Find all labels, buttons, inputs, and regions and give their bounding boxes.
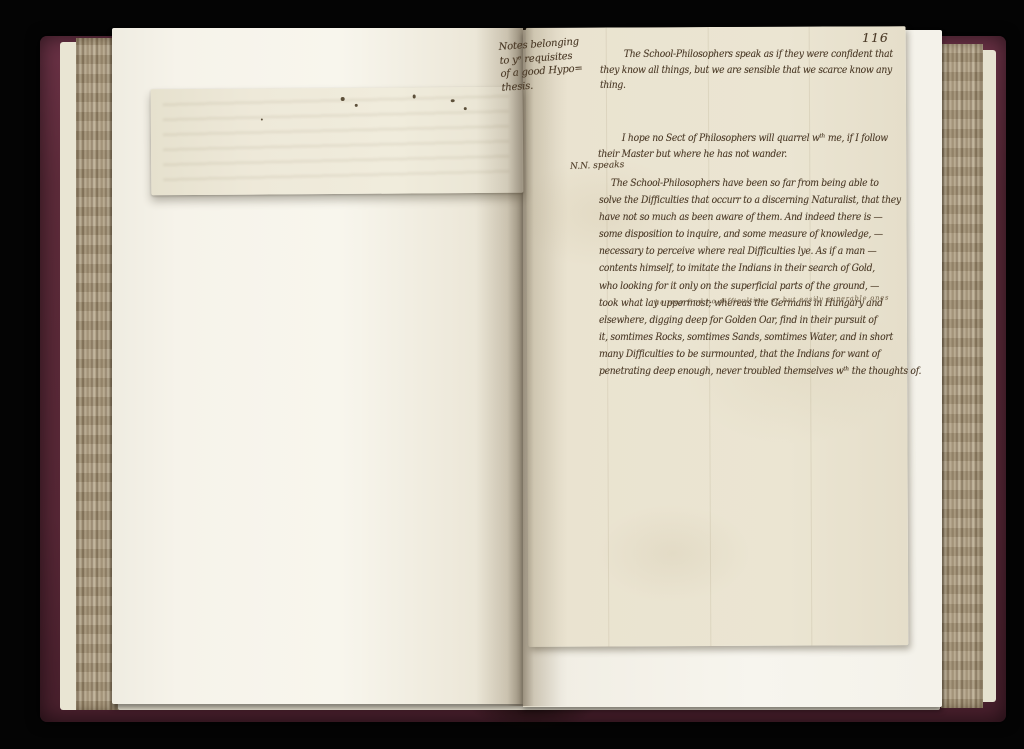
handwritten-line: penetrating deep enough, never troubled … <box>599 363 921 380</box>
book-photo: 116 Notes belongingto yᵉ requisitesof a … <box>0 0 1024 749</box>
handwritten-line: their Master but where he has not wander… <box>598 147 888 163</box>
ink-bleedthrough <box>163 95 510 185</box>
right-page-edges <box>941 44 983 708</box>
handwritten-line: contents himself, to imitate the Indians… <box>599 260 921 277</box>
pasted-paper-slip <box>151 87 524 196</box>
margin-note-hypothesis: Notes belongingto yᵉ requisitesof a good… <box>498 35 584 95</box>
ink-speck <box>261 119 263 121</box>
handwritten-line: The School-Philosophers have been so far… <box>599 175 921 192</box>
handwritten-line: they know all things, but we are sensibl… <box>600 63 893 79</box>
handwritten-line: The School-Philosophers speak as if they… <box>600 47 893 63</box>
handwritten-line: who looking for it only on the superfici… <box>599 278 921 295</box>
ink-speck <box>355 104 358 107</box>
handwritten-line: elsewhere, digging deep for Golden Oar, … <box>599 312 921 329</box>
handwritten-line: solve the Difficulties that occurr to a … <box>599 192 921 209</box>
handwritten-line: thing. <box>600 78 893 94</box>
ink-speck <box>413 94 416 98</box>
handwritten-line: many Difficulties to be surmounted, that… <box>599 346 921 363</box>
handwritten-line: necessary to perceive where real Difficu… <box>599 243 921 260</box>
handwritten-line: have not so much as been aware of them. … <box>599 209 921 226</box>
handwritten-line: some disposition to inquire, and some me… <box>599 226 921 243</box>
paragraph-difficulties-naturalist: The School-Philosophers have been so far… <box>599 175 921 380</box>
page-number: 116 <box>862 30 889 45</box>
margin-note-speaker: N.N. speaks <box>570 160 625 172</box>
handwritten-line: I hope no Sect of Philosophers will quar… <box>598 131 888 147</box>
ink-speck <box>464 107 467 110</box>
ink-speck <box>341 97 345 101</box>
paragraph-school-philosophers-speak: The School-Philosophers speak as if they… <box>600 47 893 94</box>
handwritten-line: it, somtimes Rocks, somtimes Sands, somt… <box>599 329 921 346</box>
ink-speck <box>451 99 455 102</box>
paragraph-no-sect-quarrel: I hope no Sect of Philosophers will quar… <box>598 131 888 163</box>
